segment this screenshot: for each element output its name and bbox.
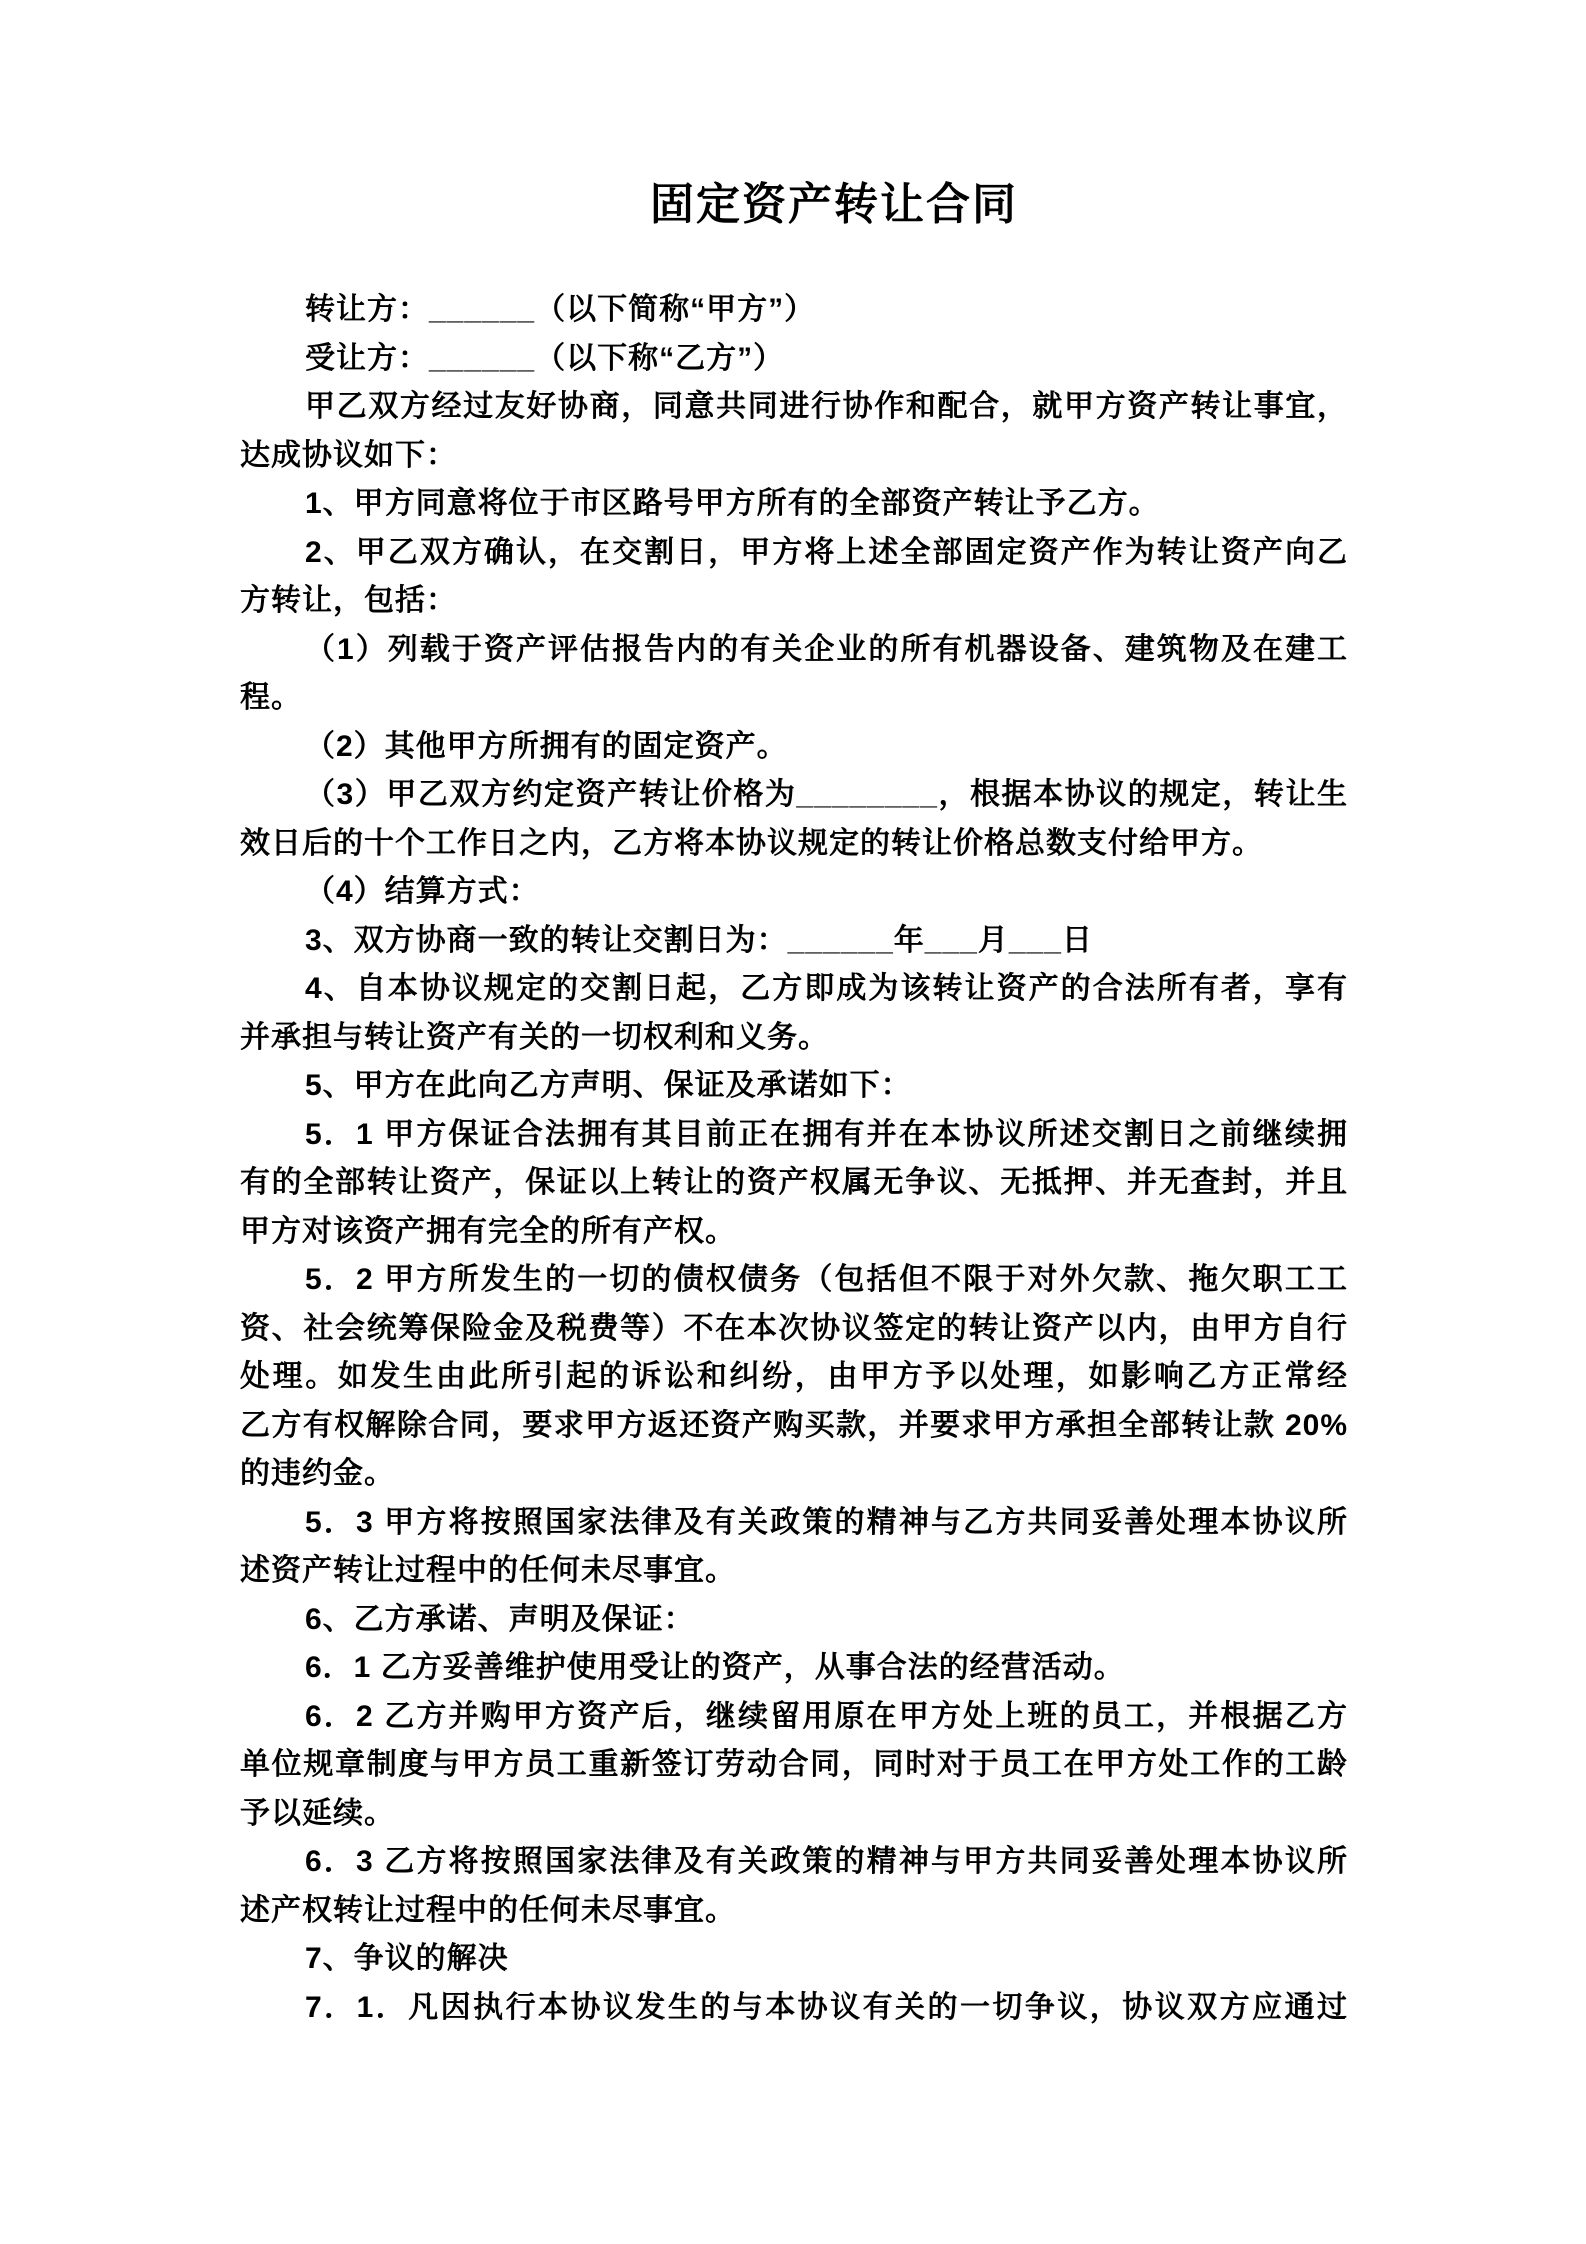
text-line: 有的全部转让资产，保证以上转让的资产权属无争议、无抵押、并无查封，并且 — [240, 1159, 1348, 1208]
text-line: （1）列载于资产评估报告内的有关企业的所有机器设备、建筑物及在建工 — [240, 626, 1348, 675]
text-line: 3、双方协商一致的转让交割日为：______年___月___日 — [240, 917, 1348, 966]
text-line: 转让方：______（以下简称“甲方”） — [240, 286, 1348, 335]
document-content: 固定资产转让合同 转让方：______（以下简称“甲方”）受让方：______（… — [240, 176, 1348, 2032]
text-line: 甲方对该资产拥有完全的所有产权。 — [240, 1208, 1348, 1257]
text-line: 6．3 乙方将按照国家法律及有关政策的精神与甲方共同妥善处理本协议所 — [240, 1838, 1348, 1887]
text-line: 方转让，包括： — [240, 577, 1348, 626]
text-line: 述产权转让过程中的任何未尽事宜。 — [240, 1887, 1348, 1936]
text-line: 7、争议的解决 — [240, 1935, 1348, 1984]
text-line: 4、自本协议规定的交割日起，乙方即成为该转让资产的合法所有者，享有 — [240, 965, 1348, 1014]
text-line: （4）结算方式： — [240, 868, 1348, 917]
text-line: （2）其他甲方所拥有的固定资产。 — [240, 723, 1348, 772]
document-title: 固定资产转让合同 — [240, 176, 1348, 234]
document-page: 固定资产转让合同 转让方：______（以下简称“甲方”）受让方：______（… — [0, 0, 1586, 2244]
text-line: 乙方有权解除合同，要求甲方返还资产购买款，并要求甲方承担全部转让款 20% — [240, 1402, 1348, 1451]
text-line: 5．2 甲方所发生的一切的债权债务（包括但不限于对外欠款、拖欠职工工 — [240, 1256, 1348, 1305]
text-line: 予以延续。 — [240, 1790, 1348, 1839]
text-line: 甲乙双方经过友好协商，同意共同进行协作和配合，就甲方资产转让事宜， — [240, 383, 1348, 432]
text-line: 5．3 甲方将按照国家法律及有关政策的精神与乙方共同妥善处理本协议所 — [240, 1499, 1348, 1548]
text-line: （3）甲乙双方约定资产转让价格为________，根据本协议的规定，转让生 — [240, 771, 1348, 820]
text-line: 的违约金。 — [240, 1450, 1348, 1499]
text-line: 受让方：______（以下称“乙方”） — [240, 335, 1348, 384]
text-line: 资、社会统筹保险金及税费等）不在本次协议签定的转让资产以内，由甲方自行 — [240, 1305, 1348, 1354]
text-line: 单位规章制度与甲方员工重新签订劳动合同，同时对于员工在甲方处工作的工龄 — [240, 1741, 1348, 1790]
text-line: 7．1．凡因执行本协议发生的与本协议有关的一切争议，协议双方应通过 — [240, 1984, 1348, 2033]
text-line: 2、甲乙双方确认，在交割日，甲方将上述全部固定资产作为转让资产向乙 — [240, 529, 1348, 578]
text-line: 处理。如发生由此所引起的诉讼和纠纷，由甲方予以处理，如影响乙方正常经营， — [240, 1353, 1348, 1402]
text-line: 达成协议如下： — [240, 432, 1348, 481]
text-line: 5．1 甲方保证合法拥有其目前正在拥有并在本协议所述交割日之前继续拥 — [240, 1111, 1348, 1160]
text-line: 并承担与转让资产有关的一切权利和义务。 — [240, 1014, 1348, 1063]
text-line: 1、甲方同意将位于市区路号甲方所有的全部资产转让予乙方。 — [240, 480, 1348, 529]
text-line: 效日后的十个工作日之内，乙方将本协议规定的转让价格总数支付给甲方。 — [240, 820, 1348, 869]
text-line: 程。 — [240, 674, 1348, 723]
text-line: 述资产转让过程中的任何未尽事宜。 — [240, 1547, 1348, 1596]
text-line: 6、乙方承诺、声明及保证： — [240, 1596, 1348, 1645]
text-line: 6．2 乙方并购甲方资产后，继续留用原在甲方处上班的员工，并根据乙方 — [240, 1693, 1348, 1742]
text-line: 5、甲方在此向乙方声明、保证及承诺如下： — [240, 1062, 1348, 1111]
text-line: 6．1 乙方妥善维护使用受让的资产，从事合法的经营活动。 — [240, 1644, 1348, 1693]
document-body: 转让方：______（以下简称“甲方”）受让方：______（以下称“乙方”）甲… — [240, 286, 1348, 2032]
